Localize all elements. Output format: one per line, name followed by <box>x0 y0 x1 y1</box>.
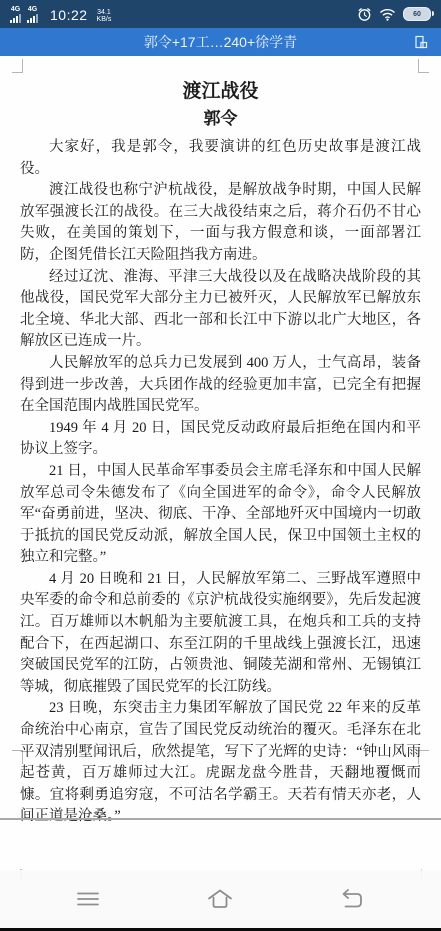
paragraph: 4 月 20 日晚和 21 日，人民解放军第二、三野战军遵照中央军委的命令和总前… <box>20 569 421 699</box>
header-title: 郭令+17工…240+徐学青 <box>144 32 297 52</box>
paragraph: 渡江战役也称宁沪杭战役，是解放战争时期，中国人民解放军强渡长江的战役。在三大战役… <box>20 180 421 266</box>
battery-icon: 60 <box>403 7 431 21</box>
network-speed-value: 34.1 <box>97 9 111 16</box>
app-header: 郭令+17工…240+徐学青 <box>0 28 441 56</box>
document-view[interactable]: 渡江战役 郭令 大家好，我是郭令，我要演讲的红色历史故事是渡江战役。 渡江战役也… <box>0 56 441 931</box>
document-title: 渡江战役 <box>20 80 421 103</box>
status-left: 4G 4G 10:22 34.1 KB/s <box>10 6 111 23</box>
signal-bars-icon <box>27 14 38 23</box>
floating-window-icon[interactable] <box>411 33 431 51</box>
sim2-network-type: 4G <box>28 6 37 13</box>
signal-bars-icon <box>10 14 21 23</box>
menu-icon[interactable] <box>72 885 104 913</box>
sim2-signal: 4G <box>27 6 38 23</box>
wifi-icon <box>379 8 396 21</box>
paragraph: 人民解放军的总兵力已发展到 400 万人，士气高昂，装备得到进一步改善，大兵团作… <box>20 353 421 418</box>
paragraph: 23 日晚，东突击主力集团军解放了国民党 22 年来的反革命统治中心南京，宣告了… <box>20 698 421 828</box>
home-icon[interactable] <box>201 884 239 914</box>
navigation-bar <box>0 870 441 928</box>
phone-screen: 4G 4G 10:22 34.1 KB/s <box>0 0 441 931</box>
document-page: 渡江战役 郭令 大家好，我是郭令，我要演讲的红色历史故事是渡江战役。 渡江战役也… <box>0 56 441 828</box>
network-speed: 34.1 KB/s <box>97 9 112 23</box>
status-bar: 4G 4G 10:22 34.1 KB/s <box>0 0 441 28</box>
battery-percent: 60 <box>413 11 421 18</box>
paragraph: 21 日，中国人民革命军事委员会主席毛泽东和中国人民解放军总司令朱德发布了《向全… <box>20 461 421 569</box>
status-right: 60 <box>357 7 431 22</box>
network-speed-unit: KB/s <box>97 16 112 23</box>
sim1-signal: 4G <box>10 6 21 23</box>
clock-time: 10:22 <box>50 7 88 23</box>
paragraph: 1949 年 4 月 20 日，国民党反动政府最后拒绝在国内和平协议上签字。 <box>20 418 421 461</box>
page-separator <box>0 818 441 820</box>
paragraph: 大家好，我是郭令，我要演讲的红色历史故事是渡江战役。 <box>20 137 421 180</box>
document-author: 郭令 <box>20 108 421 129</box>
back-icon[interactable] <box>335 884 369 914</box>
alarm-clock-icon <box>357 7 372 22</box>
paragraph: 经过辽沈、淮海、平津三大战役以及在战略决战阶段的其他战役，国民党军大部分主力已被… <box>20 267 421 353</box>
sim1-network-type: 4G <box>11 6 20 13</box>
document-body: 大家好，我是郭令，我要演讲的红色历史故事是渡江战役。 渡江战役也称宁沪杭战役，是… <box>20 137 421 828</box>
